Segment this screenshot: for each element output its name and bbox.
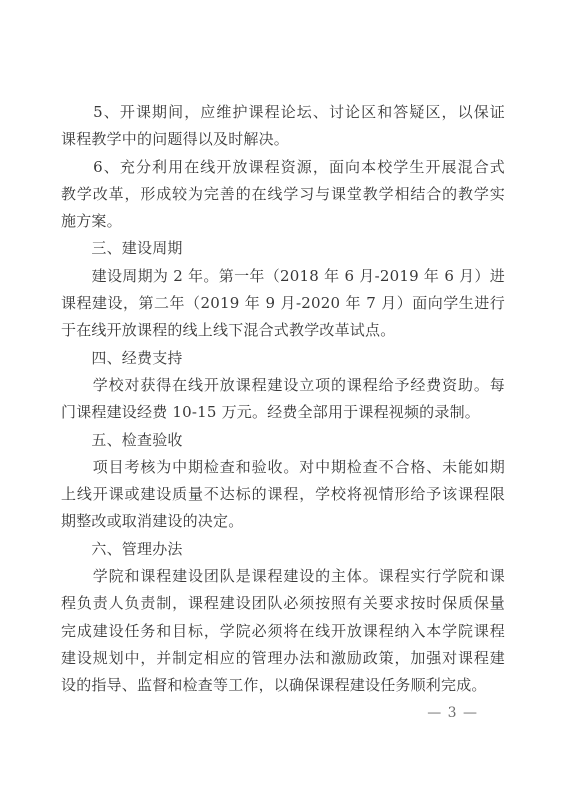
text-line: 建设规划中，并制定相应的管理办法和激励政策，加强对课程建 bbox=[61, 645, 505, 672]
text-line: 课程建设，第二年（2019 年 9 月-2020 年 7 月）面向学生进行基 bbox=[61, 290, 505, 317]
text-line: 门课程建设经费 10-15 万元。经费全部用于课程视频的录制。 bbox=[61, 399, 505, 426]
section-heading: 四、经费支持 bbox=[61, 345, 505, 372]
section-heading: 三、建设周期 bbox=[61, 235, 505, 262]
document-body: 5、开课期间，应维护课程论坛、讨论区和答疑区，以保证 课程教学中的问题得以及时解… bbox=[61, 99, 505, 700]
page-number: — 3 — bbox=[427, 704, 478, 722]
text-line: 6、充分利用在线开放课程资源，面向本校学生开展混合式 bbox=[61, 154, 505, 181]
text-line: 课程教学中的问题得以及时解决。 bbox=[61, 126, 505, 153]
document-page: 5、开课期间，应维护课程论坛、讨论区和答疑区，以保证 课程教学中的问题得以及时解… bbox=[0, 0, 565, 800]
text-line: 施方案。 bbox=[61, 208, 505, 235]
text-line: 上线开课或建设质量不达标的课程，学校将视情形给予该课程限 bbox=[61, 481, 505, 508]
text-line: 学校对获得在线开放课程建设立项的课程给予经费资助。每 bbox=[61, 372, 505, 399]
section-heading: 五、检查验收 bbox=[61, 427, 505, 454]
text-line: 项目考核为中期检查和验收。对中期检查不合格、未能如期 bbox=[61, 454, 505, 481]
text-line: 期整改或取消建设的决定。 bbox=[61, 508, 505, 535]
text-line: 建设周期为 2 年。第一年（2018 年 6 月-2019 年 6 月）进行 bbox=[61, 263, 505, 290]
text-line: 学院和课程建设团队是课程建设的主体。课程实行学院和课 bbox=[61, 563, 505, 590]
text-line: 5、开课期间，应维护课程论坛、讨论区和答疑区，以保证 bbox=[61, 99, 505, 126]
text-line: 设的指导、监督和检查等工作，以确保课程建设任务顺利完成。 bbox=[61, 672, 505, 699]
section-heading: 六、管理办法 bbox=[61, 536, 505, 563]
text-line: 完成建设任务和目标，学院必须将在线开放课程纳入本学院课程 bbox=[61, 618, 505, 645]
text-line: 教学改革，形成较为完善的在线学习与课堂教学相结合的教学实 bbox=[61, 181, 505, 208]
text-line: 于在线开放课程的线上线下混合式教学改革试点。 bbox=[61, 317, 505, 344]
text-line: 程负责人负责制，课程建设团队必须按照有关要求按时保质保量 bbox=[61, 590, 505, 617]
